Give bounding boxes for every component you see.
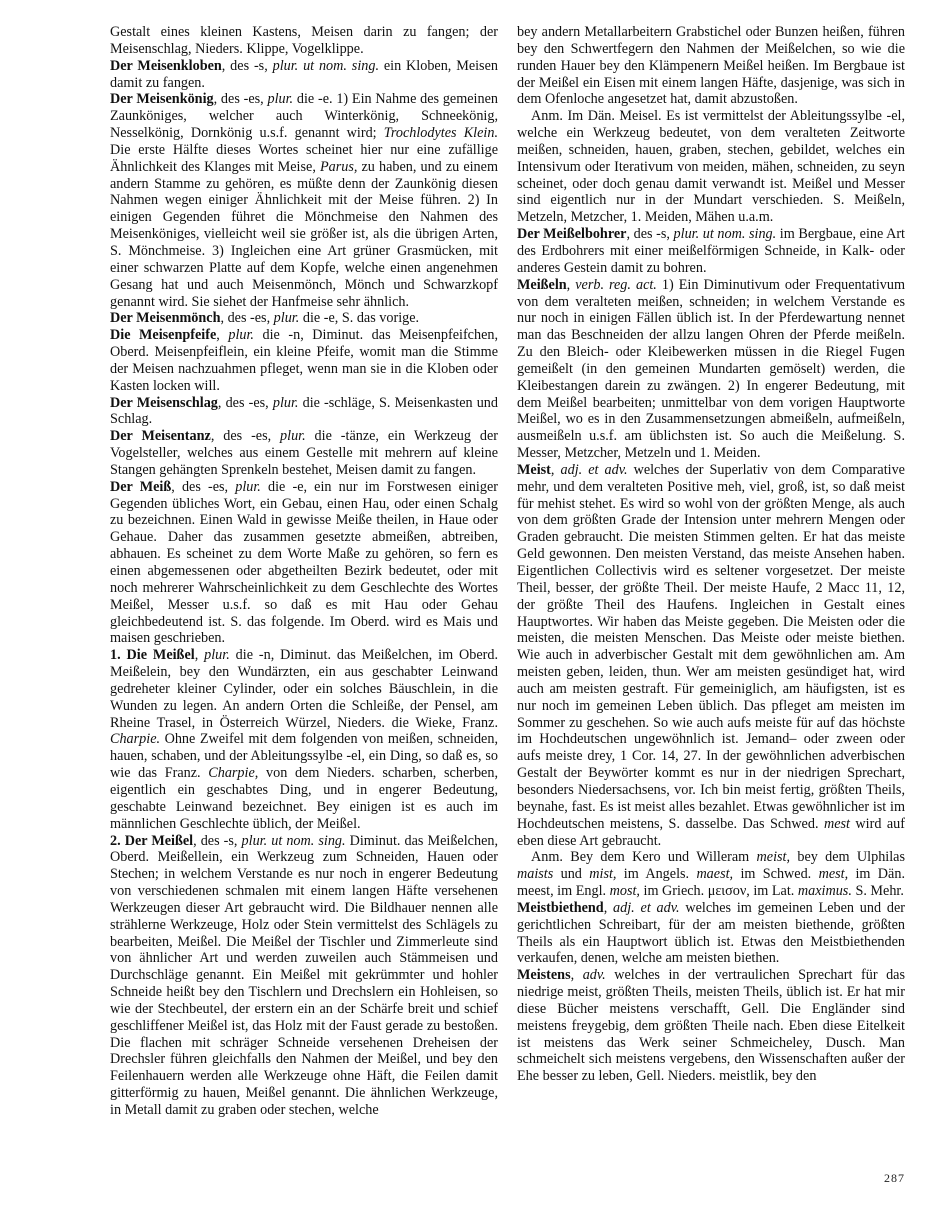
left-column: Gestalt eines kleinen Kastens, Meisen da… — [110, 24, 498, 1119]
entry-text: , des -es, — [211, 428, 280, 444]
headword: 2. Der Meißel — [110, 833, 193, 849]
headword: Der Meisentanz — [110, 428, 211, 444]
italic-term: adj. et adv. — [561, 462, 628, 478]
entry-text: im Angels. — [616, 866, 696, 882]
entry-text: , — [604, 900, 613, 916]
dictionary-entry-meisselbohrer: Der Meißelbohrer, des -s, plur. ut nom. … — [517, 226, 905, 277]
italic-term: maximus. — [798, 883, 852, 899]
headword: Der Meisenmönch — [110, 310, 220, 326]
dictionary-entry-meisenpfeife: Die Meisenpfeife, plur. die -n, Diminut.… — [110, 327, 498, 394]
entry-text: S. Mehr. — [852, 883, 904, 899]
italic-term: plur. — [235, 479, 261, 495]
entry-text: die -e, S. das vorige. — [299, 310, 419, 326]
entry-text: , — [195, 647, 204, 663]
italic-term: verb. reg. act. — [575, 277, 657, 293]
entry-text: Gestalt eines kleinen Kastens, Meisen da… — [110, 24, 498, 57]
italic-term: plur. — [274, 310, 300, 326]
entry-text: und — [553, 866, 589, 882]
headword: Der Meisenschlag — [110, 395, 218, 411]
entry-text: bey dem Ulphilas — [790, 849, 905, 865]
entry-text: , des -es, — [220, 310, 273, 326]
entry-text: bey andern Metallarbeitern Grabstichel o… — [517, 24, 905, 107]
headword: 1. Die Meißel — [110, 647, 195, 663]
italic-term: plur. — [267, 91, 293, 107]
headword: Meistens — [517, 967, 571, 983]
entry-text: Anm. Im Dän. Meisel. Es ist vermittelst … — [517, 108, 905, 225]
dictionary-entry-meisseln: Meißeln, verb. reg. act. 1) Ein Diminuti… — [517, 277, 905, 462]
italic-term: plur. ut nom. sing. — [273, 58, 379, 74]
italic-term: Charpie, — [208, 765, 258, 781]
entry-text: zu haben, und zu einem andern Stamme zu … — [110, 159, 498, 310]
dictionary-entry-meist-anm: Anm. Bey dem Kero und Willeram meist, be… — [517, 849, 905, 900]
dictionary-entry-cont-1: Gestalt eines kleinen Kastens, Meisen da… — [110, 24, 498, 58]
italic-term: Trochlodytes Klein. — [384, 125, 498, 141]
headword: Meist — [517, 462, 551, 478]
entry-text: Diminut. das Meißel­chen, Oberd. Meißell… — [110, 833, 498, 1119]
italic-term: Parus, — [320, 159, 357, 175]
dictionary-entry-meissel-anm: Anm. Im Dän. Meisel. Es ist vermittelst … — [517, 108, 905, 226]
entry-text: , des -s, — [193, 833, 241, 849]
entry-text: , des -es, — [214, 91, 268, 107]
italic-term: meist, — [757, 849, 791, 865]
dictionary-entry-meist: Meist, adj. et adv. welches der Superlat… — [517, 462, 905, 849]
right-column: bey andern Metallarbeitern Grabstichel o… — [517, 24, 905, 1085]
dictionary-page: Gestalt eines kleinen Kastens, Meisen da… — [0, 0, 935, 1210]
italic-term: mest, — [819, 866, 849, 882]
italic-term: adj. et adv. — [613, 900, 680, 916]
italic-term: plur. — [204, 647, 230, 663]
italic-term: mest — [824, 816, 850, 832]
italic-term: adv. — [583, 967, 606, 983]
entry-text: im Griech. μεισον, im Lat. — [640, 883, 798, 899]
entry-text: , des -s, — [626, 226, 673, 242]
page-number: 287 — [517, 1170, 905, 1187]
entry-text: , — [567, 277, 576, 293]
dictionary-entry-meisenschlag: Der Meisenschlag, des -es, plur. die -sc… — [110, 395, 498, 429]
dictionary-entry-meistbiethend: Meistbiethend, adj. et adv. welches im g… — [517, 900, 905, 967]
headword: Meißeln — [517, 277, 567, 293]
dictionary-entry-meissel-2: 2. Der Meißel, des -s, plur. ut nom. sin… — [110, 833, 498, 1119]
italic-term: mist, — [589, 866, 616, 882]
italic-term: maists — [517, 866, 553, 882]
headword: Der Meißelbohrer — [517, 226, 626, 242]
entry-text: , — [216, 327, 228, 343]
entry-text: , — [551, 462, 561, 478]
entry-text: die -e, ein nur im Forstwesen einiger Ge… — [110, 479, 498, 647]
dictionary-entry-meisentanz: Der Meisentanz, des -es, plur. die -tänz… — [110, 428, 498, 479]
italic-term: Charpie. — [110, 731, 160, 747]
headword: Meistbiethend — [517, 900, 604, 916]
italic-term: most, — [610, 883, 640, 899]
italic-term: plur. — [280, 428, 306, 444]
entry-text: Anm. Bey dem Kero und Willeram — [531, 849, 757, 865]
italic-term: maest, — [696, 866, 733, 882]
dictionary-entry-meisenkoenig: Der Meisenkönig, des -es, plur. die -e. … — [110, 91, 498, 310]
headword: Die Meisenpfeife — [110, 327, 216, 343]
entry-text: , — [571, 967, 583, 983]
dictionary-entry-meisenmoench: Der Meisenmönch, des -es, plur. die -e, … — [110, 310, 498, 327]
entry-text: , des -s, — [222, 58, 273, 74]
dictionary-entry-meissel-2-cont: bey andern Metallarbeitern Grabstichel o… — [517, 24, 905, 108]
dictionary-entry-meistens: Meistens, adv. welches in der vertraulic… — [517, 967, 905, 1085]
entry-text: , des -es, — [218, 395, 273, 411]
italic-term: plur. — [273, 395, 299, 411]
italic-term: plur. ut nom. sing. — [242, 833, 346, 849]
italic-term: plur. ut nom. sing. — [674, 226, 777, 242]
headword: Der Meisenkloben — [110, 58, 222, 74]
dictionary-entry-meiss: Der Meiß, des -es, plur. die -e, ein nur… — [110, 479, 498, 647]
italic-term: plur. — [228, 327, 254, 343]
entry-text: welches der Superlativ von dem Comparati… — [517, 462, 905, 832]
entry-text: im Schwed. — [733, 866, 818, 882]
entry-text: 1) Ein Diminutivum oder Frequentati­vum … — [517, 277, 905, 461]
dictionary-entry-meissel-1: 1. Die Meißel, plur. die -n, Diminut. da… — [110, 647, 498, 832]
headword: Der Meisenkönig — [110, 91, 214, 107]
entry-text: , des -es, — [171, 479, 235, 495]
dictionary-entry-meisenkloben: Der Meisenkloben, des -s, plur. ut nom. … — [110, 58, 498, 92]
headword: Der Meiß — [110, 479, 171, 495]
entry-text: welches in der vertraulichen Sprechart f… — [517, 967, 905, 1084]
